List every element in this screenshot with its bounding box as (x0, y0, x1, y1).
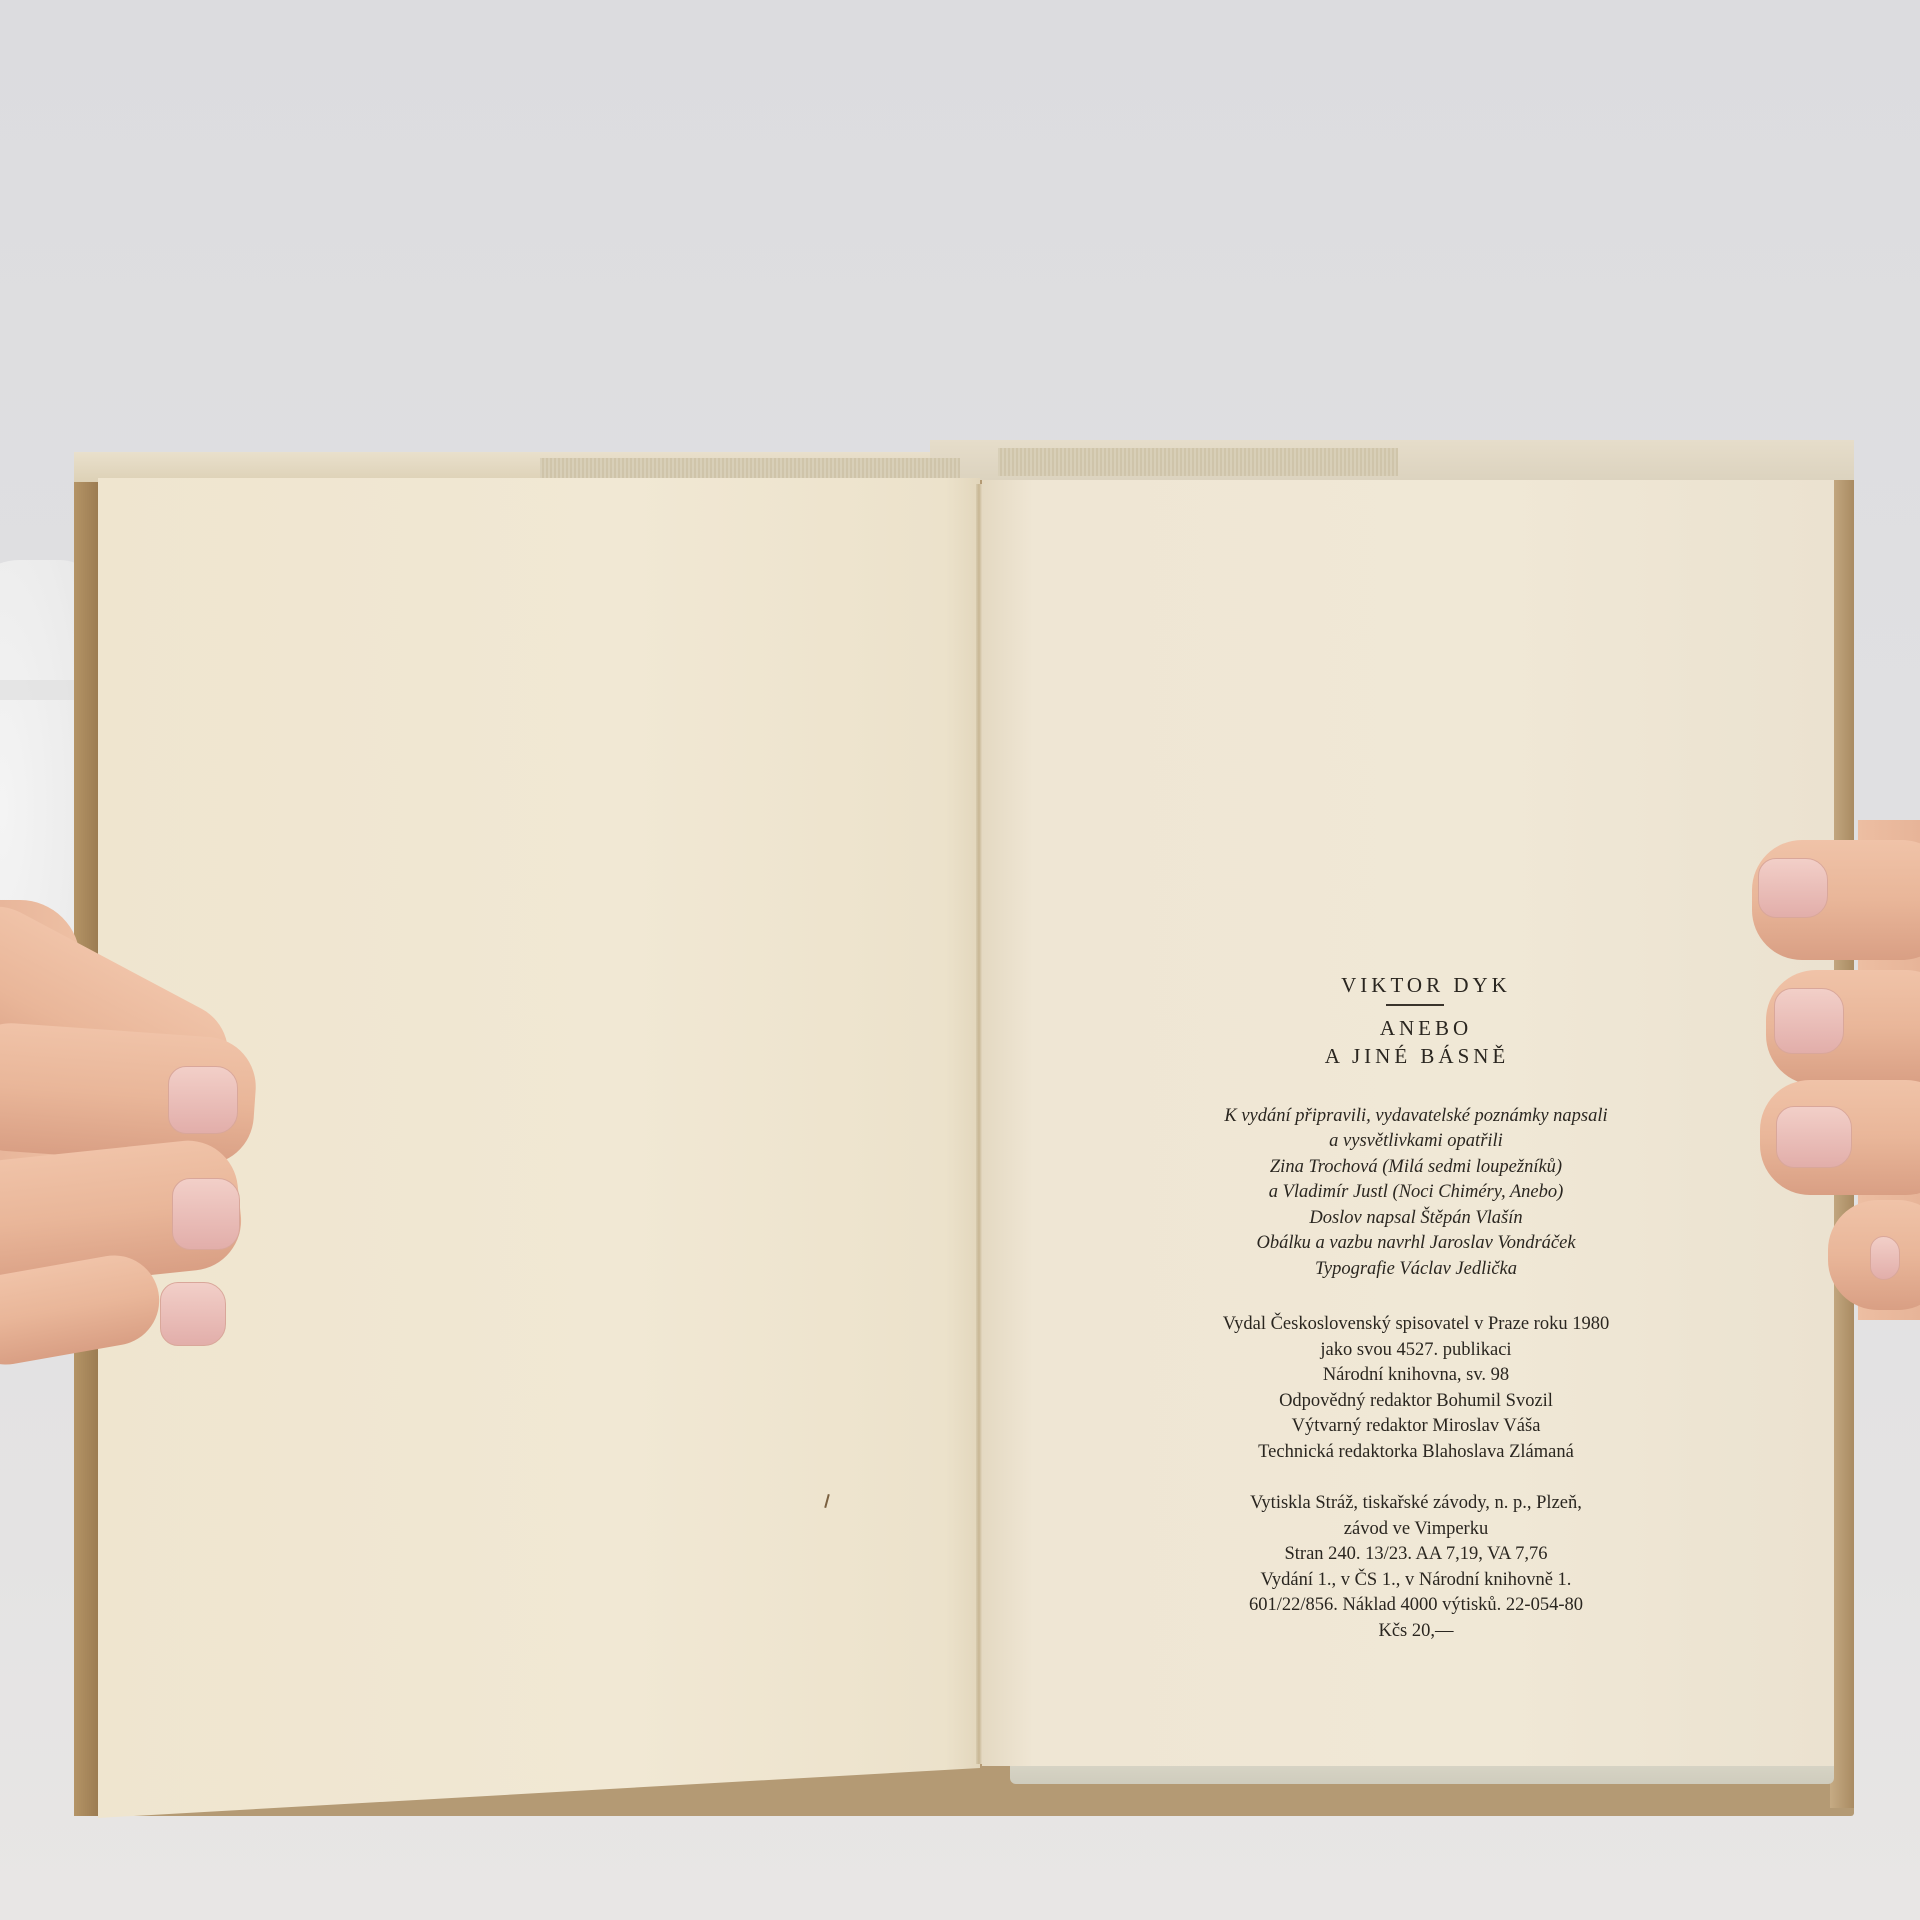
credit-line: Obálku a vazbu navrhl Jaroslav Vondráček (1136, 1231, 1696, 1257)
publisher-line: Vydal Československý spisovatel v Praze … (1136, 1312, 1696, 1338)
fingernail (1774, 988, 1844, 1054)
publisher-line: Odpovědný redaktor Bohumil Svozil (1136, 1389, 1696, 1415)
colophon: VIKTOR DYK ANEBO A JINÉ BÁSNĚ K vydání p… (1136, 975, 1696, 1644)
printer-line: Vydání 1., v ČS 1., v Národní knihovně 1… (1136, 1568, 1696, 1594)
printer-line: závod ve Vimperku (1136, 1517, 1696, 1543)
credit-line: Zina Trochová (Milá sedmi loupežníků) (1136, 1155, 1696, 1181)
publisher-line: Technická redaktorka Blahoslava Zlámaná (1136, 1440, 1696, 1466)
credit-line: a vysvětlivkami opatřili (1136, 1129, 1696, 1155)
editorial-credits: K vydání připravili, vydavatelské poznám… (1136, 1104, 1696, 1283)
printer-line: Vytiskla Stráž, tiskařské závody, n. p.,… (1136, 1491, 1696, 1517)
publisher-line: Výtvarný redaktor Miroslav Váša (1136, 1414, 1696, 1440)
printer-info: Vytiskla Stráž, tiskařské závody, n. p.,… (1136, 1491, 1696, 1644)
credit-line: K vydání připravili, vydavatelské poznám… (1136, 1104, 1696, 1130)
fingernail (172, 1178, 240, 1250)
book-title-line-1: ANEBO (1156, 1014, 1696, 1042)
price: Kčs 20,— (1136, 1619, 1696, 1645)
title-rule (1386, 1004, 1444, 1006)
publisher-line: Národní knihovna, sv. 98 (1136, 1363, 1696, 1389)
publisher-line: jako svou 4527. publikaci (1136, 1338, 1696, 1364)
credit-line: Doslov napsal Štěpán Vlašín (1136, 1206, 1696, 1232)
book-gutter (976, 484, 982, 1764)
credit-line: Typografie Václav Jedlička (1136, 1257, 1696, 1283)
credit-line: a Vladimír Justl (Noci Chiméry, Anebo) (1136, 1180, 1696, 1206)
spine-cloth-right (998, 448, 1398, 476)
book-title-line-2: A JINÉ BÁSNĚ (1138, 1042, 1696, 1070)
fingernail (1870, 1236, 1900, 1280)
fingernail (1758, 858, 1828, 918)
fingernail (160, 1282, 226, 1346)
fingernail (168, 1066, 238, 1134)
printer-line: 601/22/856. Náklad 4000 výtisků. 22-054-… (1136, 1593, 1696, 1619)
printer-line: Stran 240. 13/23. AA 7,19, VA 7,76 (1136, 1542, 1696, 1568)
fingernail (1776, 1106, 1852, 1168)
author-name: VIKTOR DYK (1156, 975, 1696, 996)
publisher-info: Vydal Československý spisovatel v Praze … (1136, 1312, 1696, 1465)
